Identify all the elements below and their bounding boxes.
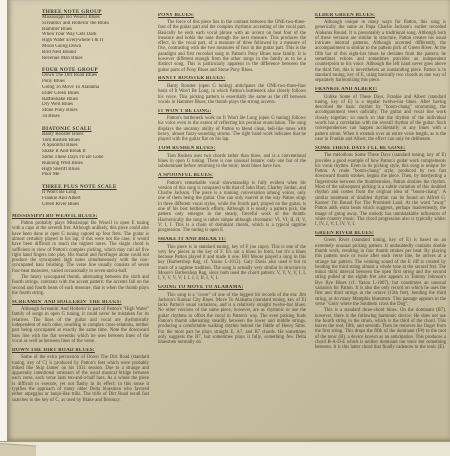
- song-list-item: Green River Blues: [42, 202, 149, 208]
- underlying-page-corner: [0, 443, 36, 456]
- section-heading: IT WON'T BE LONG:: [158, 109, 306, 115]
- section-paragraph: Some of the extra percussion of Down The…: [12, 355, 149, 403]
- section-paragraph: Although unique in many ways for Patton,…: [315, 20, 446, 84]
- section-paragraph: This piece is in standard tuning, key of…: [158, 245, 306, 282]
- section-paragraph: The force of this piece lies in the cont…: [158, 20, 306, 73]
- section-paragraph: This song is a "cover" of one of the big…: [158, 293, 306, 346]
- section-paragraph: Green River (standard tuning, key of E) …: [315, 238, 446, 307]
- column-left: THREE NOTE GROUP Mississippi Bo Weavil B…: [12, 9, 149, 439]
- section-bo-weavil: MISSISSIPPI BO WEAVIL BLUES: Patton prob…: [12, 214, 149, 297]
- scanned-book-page: THREE NOTE GROUP Mississippi Bo Weavil B…: [7, 0, 450, 441]
- song-group-diatonic: DIATONIC SCALE Banty Rooster Blues Tom R…: [42, 126, 149, 178]
- section-frankie-albert: FRANKIE AND ALBERT: Unlike Some of These…: [315, 87, 446, 142]
- section-move-to-alabama: GOING TO MOVE TO ALABAMA: This song is a…: [158, 285, 306, 345]
- section-heading: PONY BLUES:: [158, 13, 306, 19]
- section-paragraph: The melodious Some These Days (standard …: [315, 153, 446, 227]
- section-spoonful: A SPOONFUL BLUES: Patton's remarkable vo…: [158, 173, 306, 233]
- section-green-river: GREEN RIVER BLUES: Green River (standard…: [315, 231, 446, 351]
- section-paragraph: Patton's remarkable vocal showmanship is…: [158, 181, 306, 234]
- section-tom-rushen: TOM RUSHEN BLUES: Tom Rushen uses two ch…: [158, 146, 306, 169]
- song-group-three-plus: THREE PLUS NOTE SCALE It Won't Be Long F…: [42, 184, 149, 207]
- section-paragraph: Patton probably plays Mississippi Bo Wea…: [12, 221, 149, 274]
- text-columns: THREE NOTE GROUP Mississippi Bo Weavil B…: [12, 9, 446, 439]
- section-screamin-hollerin: SCREAMIN' AND HOLLERIN' THE BLUES: Altho…: [12, 300, 149, 345]
- column-right: ELDER GREEN BLUES: Although unique in ma…: [315, 9, 446, 439]
- section-heading: BANTY ROOSTER BLUES:: [158, 76, 306, 82]
- song-list-item: 34 Blues: [42, 114, 149, 120]
- section-heading: MISSISSIPPI BO WEAVIL BLUES:: [12, 214, 149, 220]
- section-heading: SOME THESE DAYS I'LL BE GONE:: [315, 146, 446, 152]
- section-banty-rooster: BANTY ROOSTER BLUES: Banty Rooster (open…: [158, 76, 306, 105]
- section-dirt-road: DOWN THE DIRT ROAD BLUES: Some of the ex…: [12, 348, 149, 403]
- section-pony-blues: PONY BLUES: The force of this piece lies…: [158, 13, 306, 73]
- section-heading: GREEN RIVER BLUES:: [315, 231, 446, 237]
- section-paragraph: Banty Rooster (open G tuning) anticipate…: [158, 84, 306, 105]
- section-paragraph: Patton's bottleneck work on It Won't Be …: [158, 116, 306, 142]
- section-paragraph: The heavy syncopated thumb, alternating …: [12, 275, 149, 296]
- section-heading: ELDER GREEN BLUES:: [315, 13, 446, 19]
- song-group-four-note: FOUR NOTE GROUP Down The Dirt Road Blues…: [42, 67, 149, 119]
- section-it-wont-be-long: IT WON'T BE LONG: Patton's bottleneck wo…: [158, 109, 306, 143]
- section-paragraph: This is a standard three-chord blues. On…: [315, 308, 446, 350]
- section-heading: A SPOONFUL BLUES:: [158, 173, 306, 179]
- section-heading: DOWN THE DIRT ROAD BLUES:: [12, 348, 149, 354]
- section-heading: TOM RUSHEN BLUES:: [158, 146, 306, 152]
- section-shake-it: SHAKE IT AND BREAK IT: This piece is in …: [158, 237, 306, 282]
- song-scale-lists: THREE NOTE GROUP Mississippi Bo Weavil B…: [12, 9, 149, 208]
- song-list-item: Poor Me: [42, 172, 149, 178]
- scan-bottom-margin: [0, 441, 450, 456]
- section-elder-green: ELDER GREEN BLUES: Although unique in ma…: [315, 13, 446, 84]
- column-middle: PONY BLUES: The force of this piece lies…: [158, 9, 306, 439]
- song-list-item: Revenue Man Blues: [42, 56, 149, 62]
- section-some-these-days: SOME THESE DAYS I'LL BE GONE: The melodi…: [315, 146, 446, 228]
- song-group-three-note: THREE NOTE GROUP Mississippi Bo Weavil B…: [42, 9, 149, 61]
- section-heading: FRANKIE AND ALBERT:: [315, 87, 446, 93]
- section-paragraph: Unlike Some of These Days, Frankie and A…: [315, 95, 446, 143]
- section-paragraph: Although Screamin' And Hollerin' is part…: [12, 307, 149, 344]
- section-heading: GOING TO MOVE TO ALABAMA:: [158, 285, 306, 291]
- section-paragraph: Tom Rushen uses two chords rather than t…: [158, 154, 306, 170]
- section-heading: SCREAMIN' AND HOLLERIN' THE BLUES:: [12, 300, 149, 306]
- section-heading: SHAKE IT AND BREAK IT:: [158, 237, 306, 243]
